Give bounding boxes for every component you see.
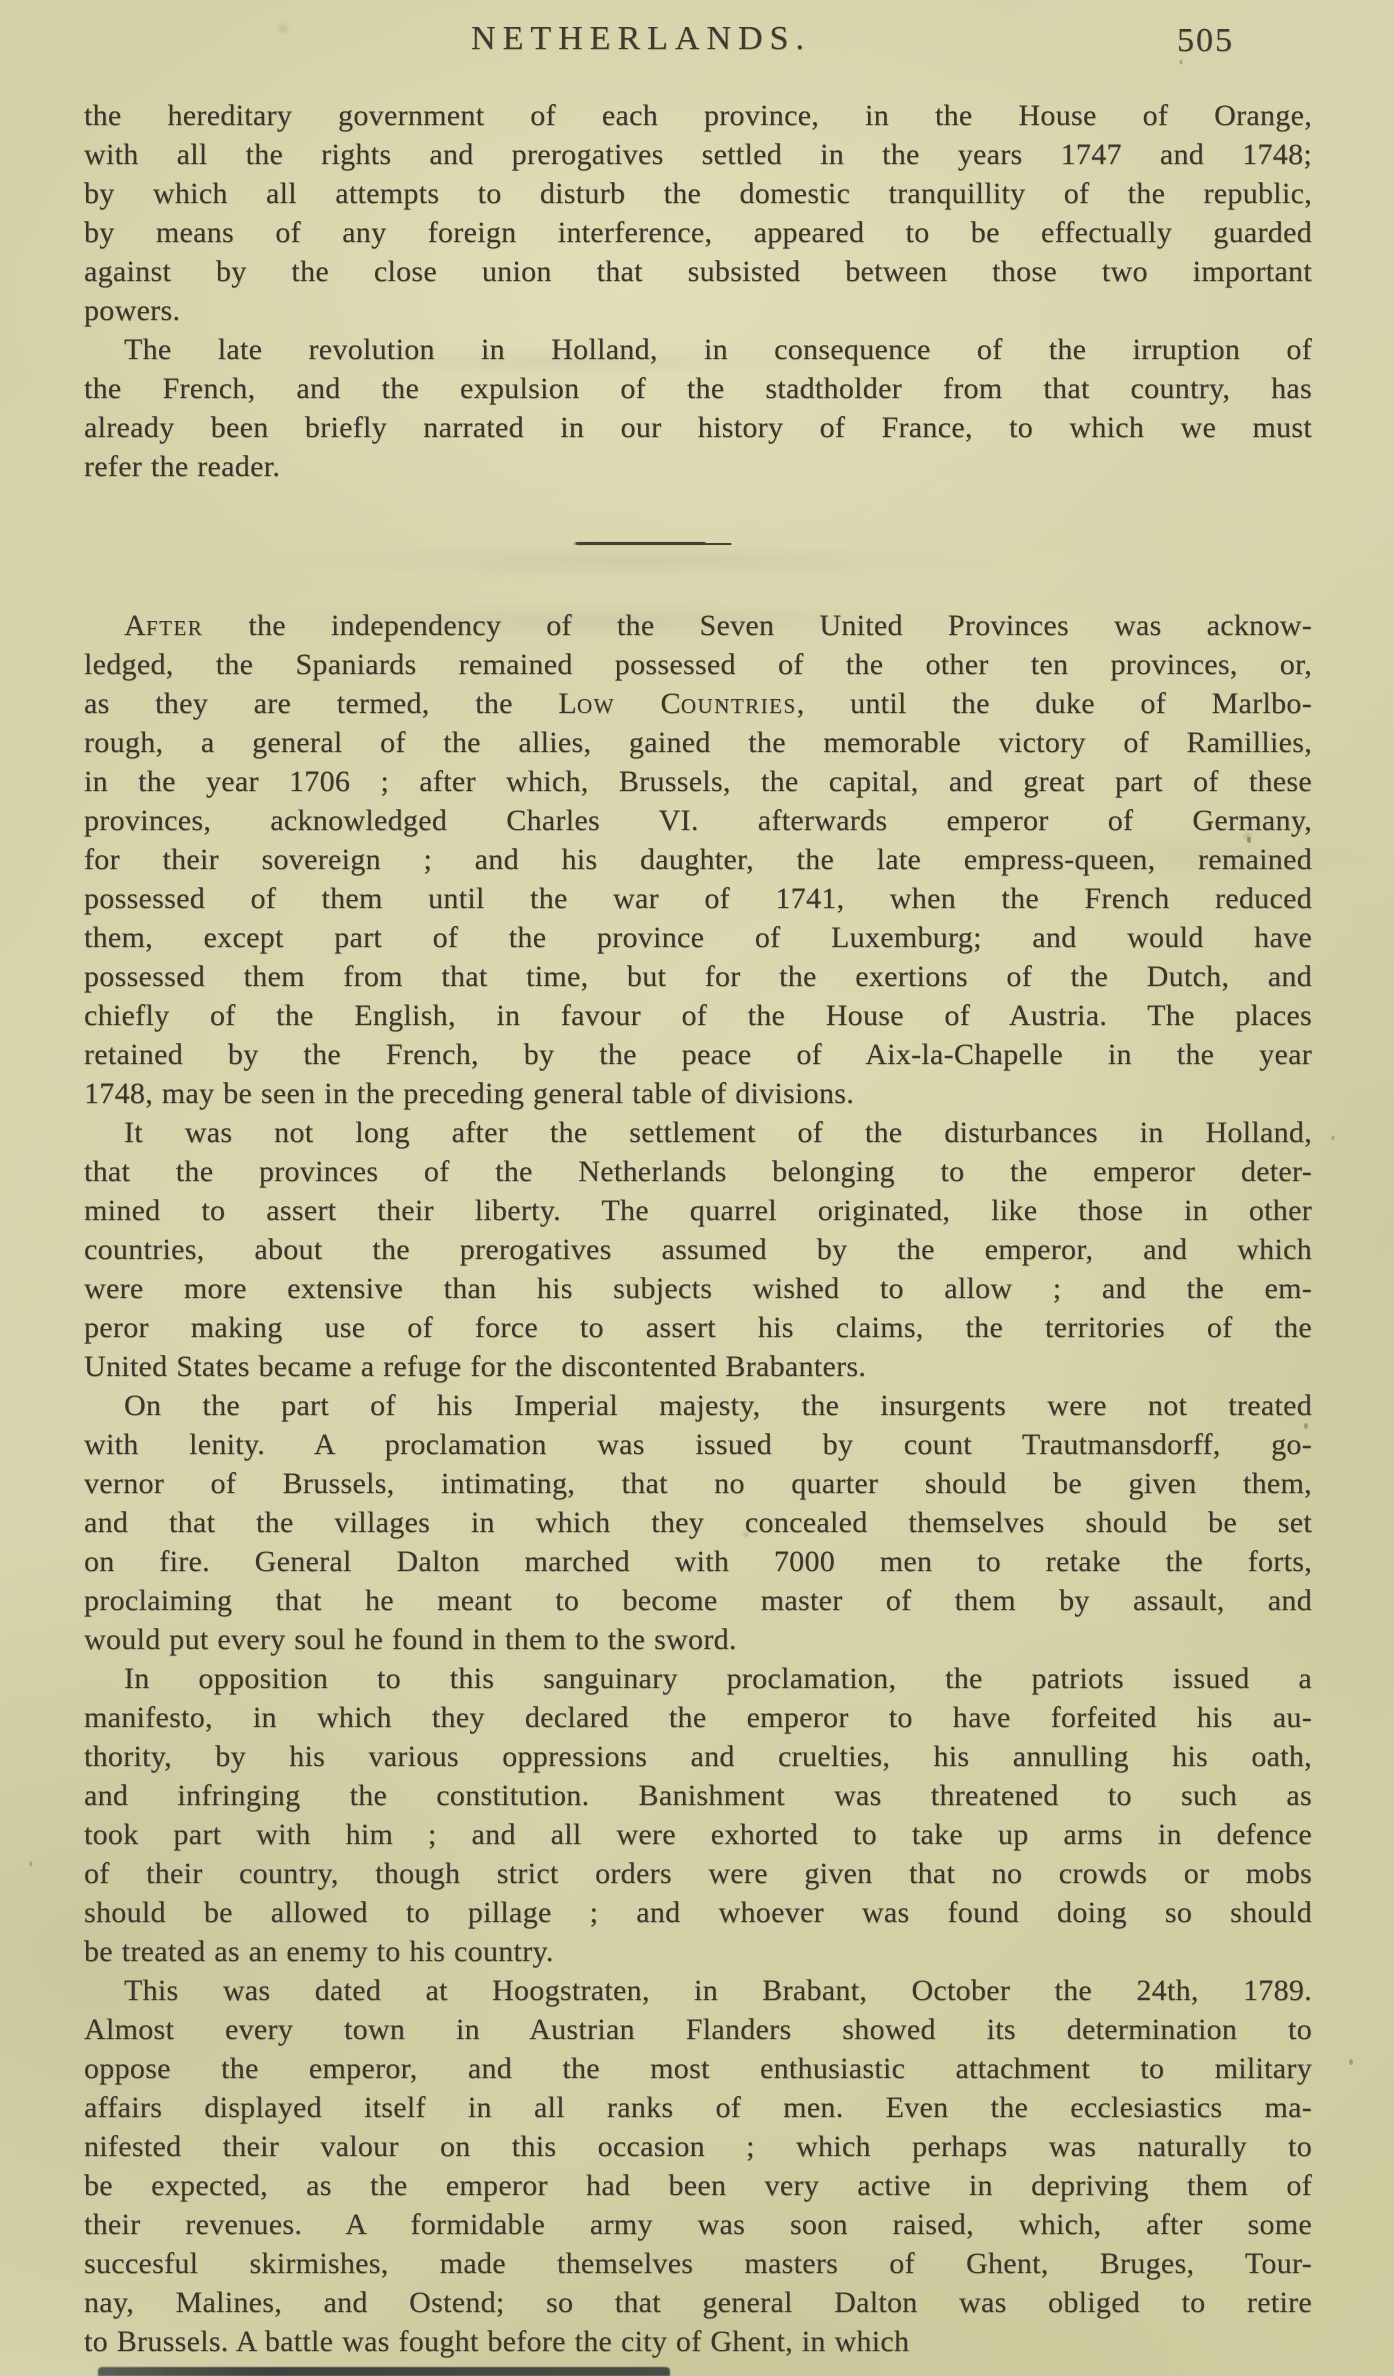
- text-line: Almost every town in Austrian Flanders s…: [84, 2010, 1312, 2049]
- text-line: mined to assert their liberty. The quarr…: [84, 1191, 1312, 1230]
- text-line: countries, about the prerogatives assume…: [84, 1230, 1312, 1269]
- text-line: by means of any foreign interference, ap…: [84, 213, 1312, 252]
- paragraph: On the part of his Imperial majesty, the…: [84, 1386, 1312, 1659]
- text-line: provinces, acknowledged Charles VI. afte…: [84, 801, 1312, 840]
- text-line: with all the rights and prerogatives set…: [84, 135, 1312, 174]
- paragraph: This was dated at Hoogstraten, in Braban…: [84, 1971, 1312, 2361]
- paragraph: The late revolution in Holland, in conse…: [84, 330, 1312, 486]
- text-line: be expected, as the emperor had been ver…: [84, 2166, 1312, 2205]
- text-line: vernor of Brussels, intimating, that no …: [84, 1464, 1312, 1503]
- text-line: by which all attempts to disturb the dom…: [84, 174, 1312, 213]
- text-line: nay, Malines, and Ostend; so that genera…: [84, 2283, 1312, 2322]
- text-line: United States became a refuge for the di…: [84, 1347, 1312, 1386]
- text-line: were more extensive than his subjects wi…: [84, 1269, 1312, 1308]
- text-line: affairs displayed itself in all ranks of…: [84, 2088, 1312, 2127]
- text-line: It was not long after the settlement of …: [84, 1113, 1312, 1152]
- text-line: peror making use of force to assert his …: [84, 1308, 1312, 1347]
- text-line: nifested their valour on this occasion ;…: [84, 2127, 1312, 2166]
- text-line: rough, a general of the allies, gained t…: [84, 723, 1312, 762]
- small-caps-text: ow: [577, 687, 615, 720]
- text-line: proclaiming that he meant to become mast…: [84, 1581, 1312, 1620]
- text-line: should be allowed to pillage ; and whoev…: [84, 1893, 1312, 1932]
- text-line: and that the villages in which they conc…: [84, 1503, 1312, 1542]
- text-line: that the provinces of the Netherlands be…: [84, 1152, 1312, 1191]
- text-line: manifesto, in which they declared the em…: [84, 1698, 1312, 1737]
- text-line: with lenity. A proclamation was issued b…: [84, 1425, 1312, 1464]
- text-line: already been briefly narrated in our his…: [84, 408, 1312, 447]
- text-line: to Brussels. A battle was fought before …: [84, 2322, 1312, 2361]
- text-line: powers.: [84, 291, 1312, 330]
- text-line: ledged, the Spaniards remained possessed…: [84, 645, 1312, 684]
- text-line: possessed them from that time, but for t…: [84, 957, 1312, 996]
- text-line: retained by the French, by the peace of …: [84, 1035, 1312, 1074]
- text-line: be treated as an enemy to his country.: [84, 1932, 1312, 1971]
- scan-artifact-strip: [98, 2367, 670, 2376]
- text-line: their revenues. A formidable army was so…: [84, 2205, 1312, 2244]
- small-caps-text: ountries: [681, 687, 797, 720]
- page-body: the hereditary government of each provin…: [84, 96, 1312, 2361]
- running-title: NETHERLANDS.: [0, 20, 1282, 58]
- text-line: After the independency of the Seven Unit…: [84, 606, 1312, 645]
- text-line: as they are termed, the Low Countries, u…: [84, 684, 1312, 723]
- small-caps-text: fter: [146, 609, 203, 642]
- text-line: The late revolution in Holland, in conse…: [84, 330, 1312, 369]
- text-line: and infringing the constitution. Banishm…: [84, 1776, 1312, 1815]
- divider-rule: [576, 542, 706, 545]
- text-line: chiefly of the English, in favour of the…: [84, 996, 1312, 1035]
- page-header: NETHERLANDS. 505: [0, 20, 1394, 72]
- text-line: On the part of his Imperial majesty, the…: [84, 1386, 1312, 1425]
- text-line: 1748, may be seen in the preceding gener…: [84, 1074, 1312, 1113]
- text-line: refer the reader.: [84, 447, 1312, 486]
- text-line: This was dated at Hoogstraten, in Braban…: [84, 1971, 1312, 2010]
- text-line: the French, and the expulsion of the sta…: [84, 369, 1312, 408]
- text-line: possessed of them until the war of 1741,…: [84, 879, 1312, 918]
- paragraph: After the independency of the Seven Unit…: [84, 606, 1312, 1113]
- text-line: the hereditary government of each provin…: [84, 96, 1312, 135]
- text-line: took part with him ; and all were exhort…: [84, 1815, 1312, 1854]
- text-line: on fire. General Dalton marched with 700…: [84, 1542, 1312, 1581]
- text-line: succesful skirmishes, made themselves ma…: [84, 2244, 1312, 2283]
- book-page: NETHERLANDS. 505 the hereditary governme…: [0, 0, 1394, 2376]
- text-line: oppose the emperor, and the most enthusi…: [84, 2049, 1312, 2088]
- page-number: 505: [1177, 22, 1234, 60]
- text-line: against by the close union that subsiste…: [84, 252, 1312, 291]
- paragraph: In opposition to this sanguinary proclam…: [84, 1659, 1312, 1971]
- text-line: would put every soul he found in them to…: [84, 1620, 1312, 1659]
- scan-specks: [0, 0, 2, 4]
- paragraph: It was not long after the settlement of …: [84, 1113, 1312, 1386]
- text-line: In opposition to this sanguinary proclam…: [84, 1659, 1312, 1698]
- text-line: in the year 1706 ; after which, Brussels…: [84, 762, 1312, 801]
- text-line: for their sovereign ; and his daughter, …: [84, 840, 1312, 879]
- text-line: thority, by his various oppressions and …: [84, 1737, 1312, 1776]
- paragraph: the hereditary government of each provin…: [84, 96, 1312, 330]
- text-line: of their country, though strict orders w…: [84, 1854, 1312, 1893]
- text-line: them, except part of the province of Lux…: [84, 918, 1312, 957]
- section-divider: [84, 486, 1312, 606]
